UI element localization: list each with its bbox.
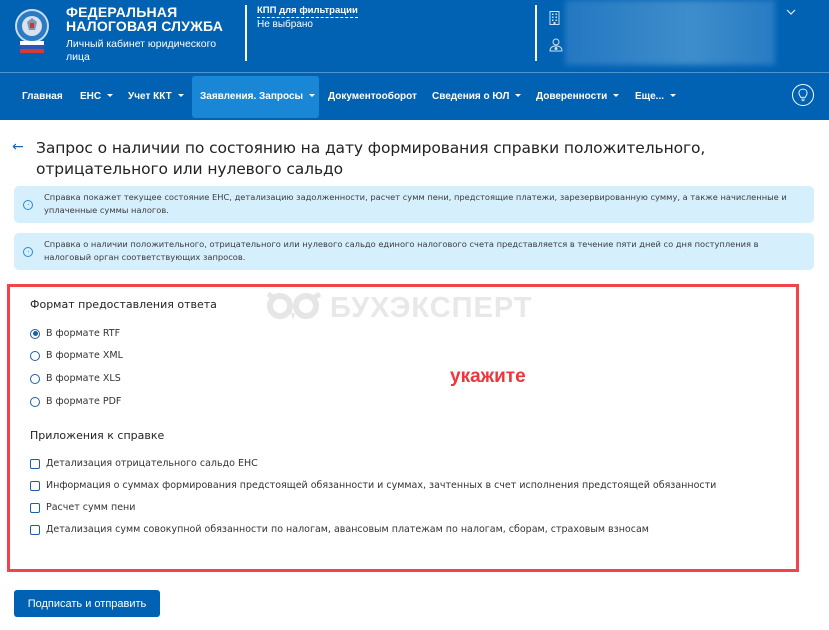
checkbox[interactable] (30, 503, 40, 513)
owl-logo-icon (266, 291, 322, 321)
nav-item-label: Сведения о ЮЛ (432, 91, 509, 102)
sign-and-send-button[interactable]: Подписать и отправить (14, 590, 160, 617)
checkbox[interactable] (30, 481, 40, 491)
attachments-section-title: Приложения к справке (30, 429, 164, 442)
info-text: Справка покажет текущее состояние ЕНС, д… (44, 192, 787, 215)
nav-item-more[interactable]: Еще... (627, 76, 684, 118)
checkbox[interactable] (30, 525, 40, 535)
caret-down-icon (178, 94, 184, 97)
option-label: Информация о суммах формирования предсто… (46, 480, 716, 491)
nav-item-label: Доверенности (536, 91, 607, 102)
caret-down-icon (670, 94, 676, 97)
main-nav: Главная ЕНС Учет ККТ Заявления. Запросы … (0, 76, 829, 118)
org-subtitle: Личный кабинет юридического лица (66, 38, 231, 64)
caret-down-icon (309, 94, 315, 97)
nav-item-applications[interactable]: Заявления. Запросы (192, 76, 319, 118)
option-label: В формате XML (46, 350, 123, 361)
kpp-filter-link[interactable]: КПП для фильтрации (257, 5, 358, 18)
fns-emblem-logo[interactable] (14, 8, 50, 54)
nav-item-kkt[interactable]: Учет ККТ (120, 76, 192, 118)
option-label: В формате PDF (46, 396, 121, 407)
format-option-xml[interactable]: В формате XML (30, 350, 123, 361)
chevron-down-icon[interactable] (786, 7, 796, 17)
format-option-pdf[interactable]: В формате PDF (30, 396, 121, 407)
option-label: Детализация сумм совокупной обязанности … (46, 524, 649, 535)
option-label: Расчет сумм пени (46, 502, 135, 513)
hint-label: укажите (450, 366, 526, 388)
radio-button[interactable] (30, 374, 40, 384)
attachment-option-upcoming-obligation[interactable]: Информация о суммах формирования предсто… (30, 480, 716, 491)
org-title: ФЕДЕРАЛЬНАЯ НАЛОГОВАЯ СЛУЖБА (66, 5, 223, 33)
user-icon (549, 38, 563, 52)
radio-button[interactable] (30, 329, 40, 339)
format-option-rtf[interactable]: В формате RTF (30, 328, 120, 339)
nav-item-label: ЕНС (80, 91, 101, 102)
info-icon (23, 200, 33, 210)
org-title-line1: ФЕДЕРАЛЬНАЯ (66, 5, 223, 19)
building-icon (549, 11, 561, 25)
nav-item-powers-of-attorney[interactable]: Доверенности (528, 76, 627, 118)
nav-item-home[interactable]: Главная (14, 76, 71, 118)
nav-item-legal-entity-info[interactable]: Сведения о ЮЛ (424, 76, 529, 118)
nav-item-label: Еще... (635, 91, 664, 102)
page-title: Запрос о наличии по состоянию на дату фо… (36, 138, 756, 180)
caret-down-icon (613, 94, 619, 97)
nav-item-label: Учет ККТ (128, 91, 172, 102)
info-text: Справка о наличии положительного, отрица… (44, 239, 759, 262)
radio-button[interactable] (30, 351, 40, 361)
checkbox[interactable] (30, 459, 40, 469)
nav-item-label: Документооборот (328, 91, 417, 102)
radio-button[interactable] (30, 397, 40, 407)
header-top: ФЕДЕРАЛЬНАЯ НАЛОГОВАЯ СЛУЖБА Личный каби… (0, 0, 829, 70)
info-box: Справка о наличии положительного, отрица… (14, 233, 814, 270)
attachment-option-negative-balance[interactable]: Детализация отрицательного сальдо ЕНС (30, 458, 258, 469)
info-box: Справка покажет текущее состояние ЕНС, д… (14, 186, 814, 223)
nav-item-label: Заявления. Запросы (200, 91, 303, 102)
kpp-filter-value: Не выбрано (257, 19, 313, 30)
nav-item-document-flow[interactable]: Документооборот (320, 76, 425, 118)
header-divider (0, 72, 829, 73)
format-option-xls[interactable]: В формате XLS (30, 373, 121, 384)
format-section-title: Формат предоставления ответа (30, 298, 217, 311)
watermark-text: БУХЭКСПЕРТ (330, 292, 533, 324)
attachment-option-total-obligation[interactable]: Детализация сумм совокупной обязанности … (30, 524, 649, 535)
nav-item-label: Главная (22, 91, 63, 102)
nav-item-ens[interactable]: ЕНС (72, 76, 121, 118)
site-header: ФЕДЕРАЛЬНАЯ НАЛОГОВАЯ СЛУЖБА Личный каби… (0, 0, 829, 120)
org-title-line2: НАЛОГОВАЯ СЛУЖБА (66, 19, 223, 33)
header-separator (535, 5, 537, 61)
watermark: БУХЭКСПЕРТ (266, 292, 533, 325)
option-label: Детализация отрицательного сальдо ЕНС (46, 458, 258, 469)
back-arrow-icon[interactable]: ← (12, 139, 24, 155)
info-icon (23, 247, 33, 257)
caret-down-icon (107, 94, 113, 97)
lightbulb-icon[interactable] (792, 84, 814, 106)
option-label: В формате RTF (46, 328, 120, 339)
option-label: В формате XLS (46, 373, 121, 384)
caret-down-icon (515, 94, 521, 97)
attachment-option-penalty-calculation[interactable]: Расчет сумм пени (30, 502, 135, 513)
header-separator (245, 5, 247, 61)
organization-info-blurred[interactable] (565, 0, 775, 65)
